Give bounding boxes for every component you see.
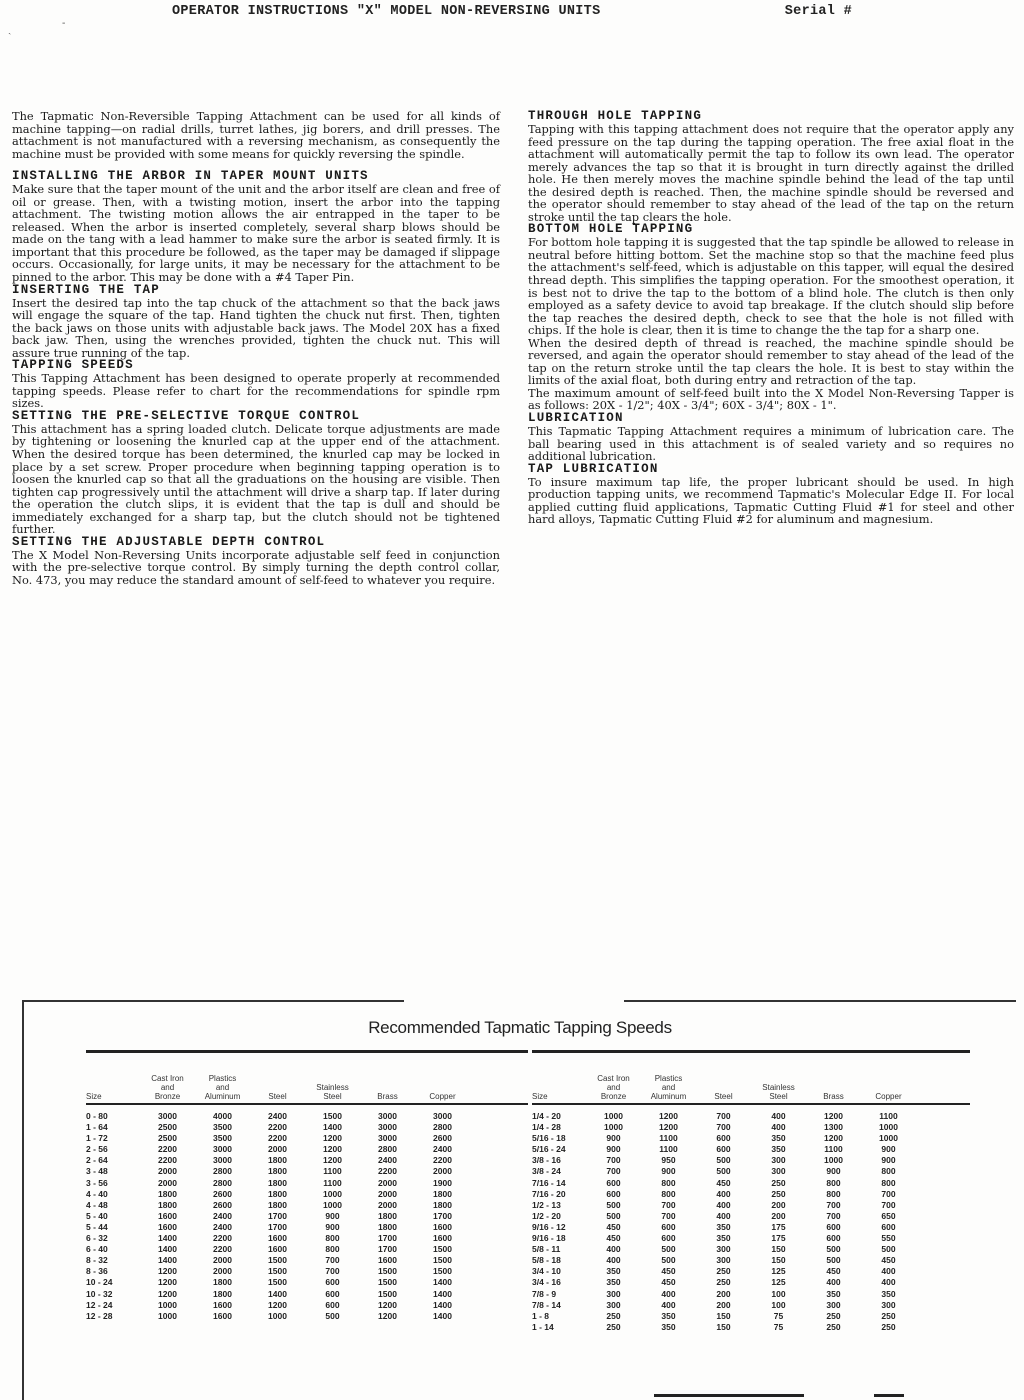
column-header: Copper xyxy=(861,1092,916,1103)
table-row: 3/8 - 24700900500300900800 xyxy=(532,1166,970,1177)
tap-size-cell: 1/2 - 20 xyxy=(532,1211,586,1222)
speed-cell: 500 xyxy=(696,1155,751,1166)
tap-size-cell: 12 - 24 xyxy=(86,1300,140,1311)
section-body: This Tapping Attachment has been designe… xyxy=(12,372,500,410)
speed-cell: 1500 xyxy=(305,1111,360,1122)
section-heading: SETTING THE PRE-SELECTIVE TORQUE CONTROL xyxy=(12,410,500,423)
speed-cell: 1100 xyxy=(641,1144,696,1155)
speed-cell: 600 xyxy=(696,1133,751,1144)
table-row: 7/16 - 20600800400250800700 xyxy=(532,1189,970,1200)
table-row: 1/4 - 201000120070040012001100 xyxy=(532,1111,970,1122)
section-heading: INSERTING THE TAP xyxy=(12,284,500,297)
speed-cell: 1900 xyxy=(415,1178,470,1189)
right-column: THROUGH HOLE TAPPINGTapping with this ta… xyxy=(528,110,1014,526)
speed-cell: 400 xyxy=(751,1111,806,1122)
speed-cell: 2200 xyxy=(360,1166,415,1177)
table-row: 5/16 - 2490011006003501100900 xyxy=(532,1144,970,1155)
speed-cell: 1600 xyxy=(195,1300,250,1311)
speed-cell: 700 xyxy=(586,1155,641,1166)
tap-size-cell: 10 - 24 xyxy=(86,1277,140,1288)
speed-cell: 600 xyxy=(586,1178,641,1189)
speed-cell: 350 xyxy=(751,1133,806,1144)
speed-cell: 450 xyxy=(861,1255,916,1266)
speed-cell: 2600 xyxy=(415,1133,470,1144)
speed-cell: 400 xyxy=(696,1189,751,1200)
column-header: Steel xyxy=(250,1092,305,1103)
section-body: To insure maximum tap life, the proper l… xyxy=(528,476,1014,526)
speed-cell: 950 xyxy=(641,1155,696,1166)
column-header: Size xyxy=(86,1092,140,1103)
speed-cell: 125 xyxy=(751,1266,806,1277)
table-row: 1/2 - 13500700400200700700 xyxy=(532,1200,970,1211)
section-heading: SETTING THE ADJUSTABLE DEPTH CONTROL xyxy=(12,536,500,549)
speed-cell: 1700 xyxy=(250,1222,305,1233)
speed-cell: 1100 xyxy=(305,1166,360,1177)
speed-cell: 175 xyxy=(751,1233,806,1244)
speed-cell: 1400 xyxy=(140,1244,195,1255)
speed-cell: 3000 xyxy=(195,1144,250,1155)
speed-cell: 2000 xyxy=(360,1178,415,1189)
table-row: 1 - 1425035015075250250 xyxy=(532,1322,970,1333)
speed-cell: 450 xyxy=(641,1266,696,1277)
table-row: 3/8 - 167009505003001000900 xyxy=(532,1155,970,1166)
speed-cell: 1400 xyxy=(415,1311,470,1322)
tap-size-cell: 12 - 28 xyxy=(86,1311,140,1322)
speed-cell: 700 xyxy=(641,1200,696,1211)
speed-cell: 1000 xyxy=(305,1189,360,1200)
speed-cell: 2000 xyxy=(360,1189,415,1200)
speed-cell: 300 xyxy=(751,1166,806,1177)
tap-size-cell: 9/16 - 12 xyxy=(532,1222,586,1233)
speed-cell: 3000 xyxy=(140,1111,195,1122)
speed-cell: 1200 xyxy=(305,1144,360,1155)
tap-size-cell: 5/8 - 18 xyxy=(532,1255,586,1266)
tap-size-cell: 7/8 - 14 xyxy=(532,1300,586,1311)
tap-size-cell: 9/16 - 18 xyxy=(532,1233,586,1244)
tap-size-cell: 1/4 - 20 xyxy=(532,1111,586,1122)
speed-cell: 2400 xyxy=(195,1211,250,1222)
table-row: 1/2 - 20500700400200700650 xyxy=(532,1211,970,1222)
speed-cell: 450 xyxy=(696,1178,751,1189)
speed-cell: 1800 xyxy=(250,1189,305,1200)
speed-cell: 400 xyxy=(806,1277,861,1288)
speed-cell: 700 xyxy=(586,1166,641,1177)
speed-cell: 2000 xyxy=(195,1255,250,1266)
speed-cell: 250 xyxy=(806,1322,861,1333)
section-heading: TAP LUBRICATION xyxy=(528,463,1014,476)
speed-cell: 2000 xyxy=(415,1166,470,1177)
speed-cell: 350 xyxy=(641,1322,696,1333)
speed-cell: 3000 xyxy=(360,1111,415,1122)
speed-cell: 300 xyxy=(586,1289,641,1300)
speed-cell: 250 xyxy=(751,1178,806,1189)
speed-cell: 1400 xyxy=(415,1277,470,1288)
speed-cell: 500 xyxy=(586,1200,641,1211)
speed-cell: 1700 xyxy=(415,1211,470,1222)
table-row: 7/16 - 14600800450250800800 xyxy=(532,1178,970,1189)
speed-cell: 400 xyxy=(696,1211,751,1222)
speed-cell: 2000 xyxy=(140,1166,195,1177)
column-header: Brass xyxy=(360,1092,415,1103)
speed-cell: 3500 xyxy=(195,1133,250,1144)
tap-size-cell: 3/8 - 16 xyxy=(532,1155,586,1166)
speed-cell: 3500 xyxy=(195,1122,250,1133)
table-header-row: SizeCast Iron and BronzePlastics and Alu… xyxy=(86,1059,528,1105)
tap-size-cell: 10 - 32 xyxy=(86,1289,140,1300)
tap-size-cell: 7/8 - 9 xyxy=(532,1289,586,1300)
speed-cell: 250 xyxy=(586,1311,641,1322)
speed-cell: 1000 xyxy=(806,1155,861,1166)
table-row: 5/16 - 18900110060035012001000 xyxy=(532,1133,970,1144)
speed-cell: 600 xyxy=(806,1233,861,1244)
tap-size-cell: 2 - 64 xyxy=(86,1155,140,1166)
speed-cell: 1100 xyxy=(641,1133,696,1144)
speed-cell: 400 xyxy=(641,1300,696,1311)
speed-cell: 1800 xyxy=(360,1222,415,1233)
speed-cell: 450 xyxy=(586,1233,641,1244)
speed-cell: 650 xyxy=(861,1211,916,1222)
table-row: 3 - 48200028001800110022002000 xyxy=(86,1166,528,1177)
tap-size-cell: 3 - 56 xyxy=(86,1178,140,1189)
speed-cell: 2800 xyxy=(360,1144,415,1155)
table-row: 1 - 825035015075250250 xyxy=(532,1311,970,1322)
speed-cell: 1600 xyxy=(415,1222,470,1233)
section-body: This Tapmatic Tapping Attachment require… xyxy=(528,425,1014,463)
speed-cell: 1200 xyxy=(641,1111,696,1122)
tap-size-cell: 4 - 48 xyxy=(86,1200,140,1211)
speed-cell: 1800 xyxy=(250,1200,305,1211)
speed-cell: 1400 xyxy=(415,1300,470,1311)
speed-cell: 1100 xyxy=(305,1178,360,1189)
speed-cell: 1500 xyxy=(415,1244,470,1255)
speed-cell: 1600 xyxy=(250,1233,305,1244)
speed-cell: 500 xyxy=(806,1244,861,1255)
speed-cell: 1800 xyxy=(415,1200,470,1211)
table-row: 5 - 4416002400170090018001600 xyxy=(86,1222,528,1233)
speed-cell: 600 xyxy=(641,1222,696,1233)
speed-cell: 900 xyxy=(305,1222,360,1233)
speed-cell: 1400 xyxy=(305,1122,360,1133)
section-body: This attachment has a spring loaded clut… xyxy=(12,423,500,536)
speed-cell: 75 xyxy=(751,1311,806,1322)
speed-cell: 250 xyxy=(696,1266,751,1277)
speed-cell: 1800 xyxy=(250,1155,305,1166)
speed-cell: 400 xyxy=(586,1255,641,1266)
speed-cell: 450 xyxy=(806,1266,861,1277)
speed-cell: 800 xyxy=(806,1178,861,1189)
section-body: For bottom hole tapping it is suggested … xyxy=(528,236,1014,336)
speed-cell: 1700 xyxy=(250,1211,305,1222)
speed-cell: 600 xyxy=(586,1189,641,1200)
speed-cell: 2200 xyxy=(250,1122,305,1133)
speed-cell: 900 xyxy=(305,1211,360,1222)
table-row: 8 - 3214002000150070016001500 xyxy=(86,1255,528,1266)
speed-cell: 1200 xyxy=(305,1155,360,1166)
table-row: 3 - 56200028001800110020001900 xyxy=(86,1178,528,1189)
column-header: Plastics and Aluminum xyxy=(195,1074,250,1103)
speed-cell: 400 xyxy=(696,1200,751,1211)
speed-cell: 450 xyxy=(586,1222,641,1233)
speed-cell: 1200 xyxy=(806,1133,861,1144)
speed-cell: 350 xyxy=(861,1289,916,1300)
table-row: 7/8 - 9300400200100350350 xyxy=(532,1289,970,1300)
speed-cell: 100 xyxy=(751,1289,806,1300)
table-row: 5/8 - 11400500300150500500 xyxy=(532,1244,970,1255)
speed-cell: 2000 xyxy=(140,1178,195,1189)
speed-cell: 350 xyxy=(586,1266,641,1277)
speed-cell: 400 xyxy=(751,1122,806,1133)
column-header: Steel xyxy=(696,1092,751,1103)
speed-cell: 1600 xyxy=(250,1244,305,1255)
tap-size-cell: 4 - 40 xyxy=(86,1189,140,1200)
column-header: Plastics and Aluminum xyxy=(641,1074,696,1103)
speed-cell: 500 xyxy=(806,1255,861,1266)
speed-cell: 1500 xyxy=(415,1266,470,1277)
speed-cell: 1600 xyxy=(140,1222,195,1233)
speed-cell: 350 xyxy=(751,1144,806,1155)
tap-size-cell: 3/4 - 16 xyxy=(532,1277,586,1288)
speed-cell: 800 xyxy=(305,1244,360,1255)
table-row: 3/4 - 16350450250125400400 xyxy=(532,1277,970,1288)
speed-cell: 900 xyxy=(586,1144,641,1155)
speed-cell: 2000 xyxy=(195,1266,250,1277)
table-row: 5/8 - 18400500300150500450 xyxy=(532,1255,970,1266)
speed-cell: 350 xyxy=(586,1277,641,1288)
speed-cell: 150 xyxy=(751,1255,806,1266)
speed-cell: 2400 xyxy=(360,1155,415,1166)
speed-cell: 600 xyxy=(305,1300,360,1311)
speed-cell: 1400 xyxy=(140,1255,195,1266)
speed-cell: 1600 xyxy=(360,1255,415,1266)
speed-cell: 2600 xyxy=(195,1189,250,1200)
tap-size-cell: 1/4 - 28 xyxy=(532,1122,586,1133)
speed-cell: 150 xyxy=(696,1311,751,1322)
speed-cell: 1800 xyxy=(415,1189,470,1200)
speed-cell: 1000 xyxy=(586,1122,641,1133)
speed-cell: 1700 xyxy=(360,1233,415,1244)
column-header: Cast Iron and Bronze xyxy=(586,1074,641,1103)
speed-cell: 2500 xyxy=(140,1122,195,1133)
tapping-speeds-table: Recommended Tapmatic Tapping Speeds Size… xyxy=(22,1000,1016,1400)
speed-cell: 600 xyxy=(696,1144,751,1155)
speed-cell: 1200 xyxy=(305,1133,360,1144)
speed-cell: 400 xyxy=(641,1289,696,1300)
column-header: Stainless Steel xyxy=(751,1083,806,1103)
speed-cell: 800 xyxy=(861,1178,916,1189)
speed-cell: 1800 xyxy=(250,1166,305,1177)
speed-cell: 1500 xyxy=(415,1255,470,1266)
speed-cell: 700 xyxy=(806,1200,861,1211)
table-row: 6 - 3214002200160080017001600 xyxy=(86,1233,528,1244)
speed-cell: 1500 xyxy=(250,1255,305,1266)
speed-cell: 2200 xyxy=(140,1144,195,1155)
speed-cell: 1800 xyxy=(140,1200,195,1211)
speed-cell: 900 xyxy=(861,1144,916,1155)
table-row: 8 - 3612002000150070015001500 xyxy=(86,1266,528,1277)
speed-cell: 250 xyxy=(806,1311,861,1322)
speed-cell: 1000 xyxy=(305,1200,360,1211)
speed-cell: 1600 xyxy=(415,1233,470,1244)
speed-cell: 800 xyxy=(861,1166,916,1177)
speed-cell: 150 xyxy=(751,1244,806,1255)
speed-cell: 100 xyxy=(751,1300,806,1311)
speed-cell: 450 xyxy=(641,1277,696,1288)
speed-cell: 700 xyxy=(806,1211,861,1222)
speed-cell: 1100 xyxy=(806,1144,861,1155)
speed-cell: 1200 xyxy=(140,1277,195,1288)
speed-cell: 1500 xyxy=(360,1289,415,1300)
table-row: 5 - 4016002400170090018001700 xyxy=(86,1211,528,1222)
speed-cell: 1500 xyxy=(360,1266,415,1277)
speed-cell: 2200 xyxy=(140,1155,195,1166)
speed-cell: 2400 xyxy=(415,1144,470,1155)
speed-cell: 1000 xyxy=(861,1133,916,1144)
speed-cell: 300 xyxy=(696,1244,751,1255)
speed-cell: 700 xyxy=(861,1189,916,1200)
table-row: 3/4 - 10350450250125450400 xyxy=(532,1266,970,1277)
speed-cell: 200 xyxy=(696,1289,751,1300)
speed-cell: 300 xyxy=(806,1300,861,1311)
speed-cell: 200 xyxy=(751,1200,806,1211)
speed-cell: 2800 xyxy=(195,1166,250,1177)
speed-cell: 2800 xyxy=(415,1122,470,1133)
speed-cell: 300 xyxy=(751,1155,806,1166)
section-body: Tapping with this tapping attachment doe… xyxy=(528,123,1014,223)
tap-size-cell: 1 - 14 xyxy=(532,1322,586,1333)
speed-cell: 400 xyxy=(861,1277,916,1288)
speed-cell: 700 xyxy=(305,1255,360,1266)
speed-cell: 2800 xyxy=(195,1178,250,1189)
table-header-row: SizeCast Iron and BronzePlastics and Alu… xyxy=(532,1059,970,1105)
speed-cell: 200 xyxy=(751,1211,806,1222)
tap-size-cell: 7/16 - 20 xyxy=(532,1189,586,1200)
column-header: Stainless Steel xyxy=(305,1083,360,1103)
speed-cell: 250 xyxy=(696,1277,751,1288)
tap-size-cell: 1 - 8 xyxy=(532,1311,586,1322)
speed-cell: 1800 xyxy=(140,1189,195,1200)
speed-cell: 1200 xyxy=(140,1289,195,1300)
speed-cell: 800 xyxy=(641,1189,696,1200)
table-title: Recommended Tapmatic Tapping Speeds xyxy=(24,1018,1016,1038)
speed-cell: 700 xyxy=(641,1211,696,1222)
speed-cell: 700 xyxy=(861,1200,916,1211)
speed-cell: 250 xyxy=(586,1322,641,1333)
section-body: The maximum amount of self-feed built in… xyxy=(528,387,1014,412)
speed-cell: 2200 xyxy=(195,1244,250,1255)
speed-cell: 2000 xyxy=(250,1144,305,1155)
speed-cell: 1500 xyxy=(250,1277,305,1288)
speed-cell: 1600 xyxy=(195,1311,250,1322)
speed-cell: 500 xyxy=(641,1255,696,1266)
speed-cell: 125 xyxy=(751,1277,806,1288)
speed-cell: 1400 xyxy=(140,1233,195,1244)
speed-cell: 2400 xyxy=(250,1111,305,1122)
speed-cell: 550 xyxy=(861,1233,916,1244)
speed-cell: 350 xyxy=(806,1289,861,1300)
speed-cell: 400 xyxy=(586,1244,641,1255)
speed-cell: 1000 xyxy=(250,1311,305,1322)
speed-cell: 600 xyxy=(806,1222,861,1233)
speed-cell: 4000 xyxy=(195,1111,250,1122)
speed-cell: 300 xyxy=(696,1255,751,1266)
speed-cell: 700 xyxy=(305,1266,360,1277)
speed-cell: 3000 xyxy=(360,1122,415,1133)
tap-size-cell: 6 - 40 xyxy=(86,1244,140,1255)
speed-cell: 1500 xyxy=(250,1266,305,1277)
speed-cell: 3000 xyxy=(415,1111,470,1122)
speed-cell: 900 xyxy=(861,1155,916,1166)
section-body: The X Model Non-Reversing Units incorpor… xyxy=(12,549,500,587)
speed-cell: 500 xyxy=(696,1166,751,1177)
speed-cell: 500 xyxy=(641,1244,696,1255)
speed-cell: 600 xyxy=(305,1289,360,1300)
table-row: 10 - 2412001800150060015001400 xyxy=(86,1277,528,1288)
speed-cell: 1000 xyxy=(586,1111,641,1122)
speed-cell: 1800 xyxy=(360,1211,415,1222)
speed-cell: 350 xyxy=(696,1233,751,1244)
speed-cell: 500 xyxy=(861,1244,916,1255)
tap-size-cell: 1 - 64 xyxy=(86,1122,140,1133)
speed-cell: 800 xyxy=(806,1189,861,1200)
speed-cell: 2200 xyxy=(195,1233,250,1244)
speed-cell: 175 xyxy=(751,1222,806,1233)
speed-cell: 900 xyxy=(641,1166,696,1177)
speed-cell: 900 xyxy=(806,1166,861,1177)
speed-cell: 75 xyxy=(751,1322,806,1333)
column-header: Copper xyxy=(415,1092,470,1103)
table-row: 2 - 56220030002000120028002400 xyxy=(86,1144,528,1155)
speed-cell: 800 xyxy=(305,1233,360,1244)
speed-cell: 2000 xyxy=(360,1200,415,1211)
column-header: Cast Iron and Bronze xyxy=(140,1074,195,1103)
speed-cell: 2200 xyxy=(250,1133,305,1144)
tap-size-cell: 0 - 80 xyxy=(86,1111,140,1122)
speed-cell: 1200 xyxy=(250,1300,305,1311)
table-row: 4 - 40180026001800100020001800 xyxy=(86,1189,528,1200)
table-row: 12 - 2410001600120060012001400 xyxy=(86,1300,528,1311)
speed-cell: 3000 xyxy=(360,1133,415,1144)
document-title: OPERATOR INSTRUCTIONS "X" MODEL NON-REVE… xyxy=(172,4,600,19)
speed-cell: 400 xyxy=(861,1266,916,1277)
speed-cell: 1500 xyxy=(360,1277,415,1288)
column-header: Size xyxy=(532,1092,586,1103)
page-header: OPERATOR INSTRUCTIONS "X" MODEL NON-REVE… xyxy=(172,4,852,19)
tap-size-cell: 2 - 56 xyxy=(86,1144,140,1155)
tap-size-cell: 1 - 72 xyxy=(86,1133,140,1144)
speed-cell: 1800 xyxy=(250,1178,305,1189)
section-body: Make sure that the taper mount of the un… xyxy=(12,183,500,283)
speed-cell: 1800 xyxy=(195,1277,250,1288)
section-body: Insert the desired tap into the tap chuc… xyxy=(12,297,500,360)
speed-cell: 150 xyxy=(696,1322,751,1333)
speed-cell: 250 xyxy=(751,1189,806,1200)
table-right-half: SizeCast Iron and BronzePlastics and Alu… xyxy=(532,1050,970,1333)
scan-artifact: ˎ xyxy=(8,24,11,35)
speed-cell: 500 xyxy=(305,1311,360,1322)
speed-cell: 350 xyxy=(641,1311,696,1322)
speed-cell: 600 xyxy=(305,1277,360,1288)
table-row: 1/4 - 281000120070040013001000 xyxy=(532,1122,970,1133)
table-row: 10 - 3212001800140060015001400 xyxy=(86,1289,528,1300)
speed-cell: 1300 xyxy=(806,1122,861,1133)
speed-cell: 1200 xyxy=(360,1311,415,1322)
tap-size-cell: 8 - 32 xyxy=(86,1255,140,1266)
speed-cell: 600 xyxy=(861,1222,916,1233)
speed-cell: 1000 xyxy=(861,1122,916,1133)
table-row: 1 - 72250035002200120030002600 xyxy=(86,1133,528,1144)
table-row: 9/16 - 18450600350175600550 xyxy=(532,1233,970,1244)
tap-size-cell: 5/8 - 11 xyxy=(532,1244,586,1255)
